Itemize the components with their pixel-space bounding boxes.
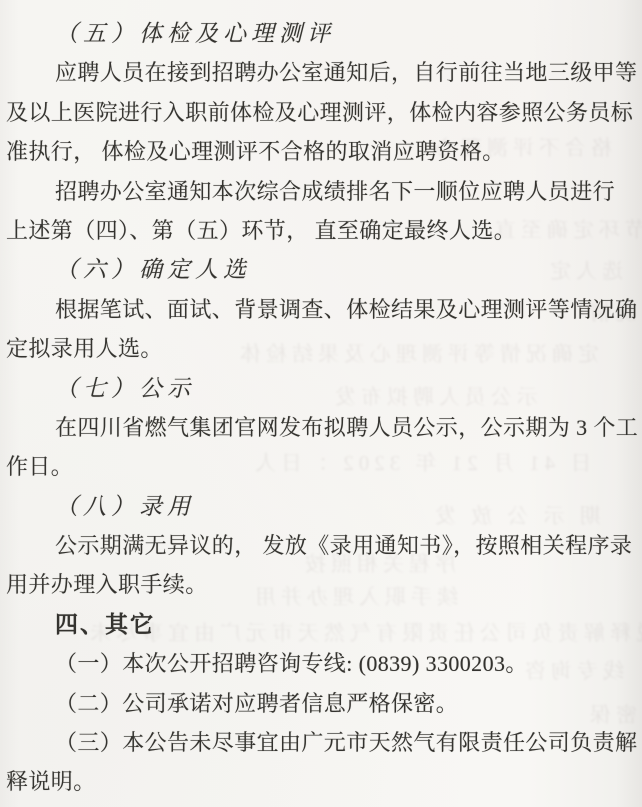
- section-heading-line: （八）录用: [6, 487, 638, 526]
- scanned-document-page: 格合不评测理心节环定确至直选人定况情定确况情等评测理心及果结检体示公员人聘拟布发…: [0, 0, 642, 807]
- major-heading-line: 四、其它: [6, 605, 638, 644]
- body-text-line: 释说明。: [6, 762, 638, 801]
- body-text-line: （一）本次公开招聘咨询专线: (0839) 3300203。: [6, 644, 638, 683]
- body-text-line: 应聘人员在接到招聘办公室通知后，自行前往当地三级甲等: [6, 53, 638, 92]
- section-heading-line: （六）确定人选: [6, 250, 638, 289]
- section-heading-line: （五）体检及心理测评: [6, 14, 638, 53]
- body-text-line: 公示期满无异议的， 发放《录用通知书》，按照相关程序录: [6, 526, 638, 565]
- body-text-line: 定拟录用人选。: [6, 329, 638, 368]
- document-text-block: （五）体检及心理测评应聘人员在接到招聘办公室通知后，自行前往当地三级甲等及以上医…: [6, 14, 638, 802]
- body-text-line: 及以上医院进行入职前体检及心理测评，体检内容参照公务员标: [6, 93, 638, 132]
- body-text-line: 准执行， 体检及心理测评不合格的取消应聘资格。: [6, 132, 638, 171]
- body-text-line: 用并办理入职手续。: [6, 565, 638, 604]
- body-text-line: （二）公司承诺对应聘者信息严格保密。: [6, 684, 638, 723]
- body-text-line: （三）本公告未尽事宜由广元市天然气有限责任公司负责解: [6, 723, 638, 762]
- body-text-line: 作日。: [6, 447, 638, 486]
- section-heading-line: （七）公示: [6, 369, 638, 408]
- body-text-line: 上述第（四）、第（五）环节， 直至确定最终人选。: [6, 211, 638, 250]
- body-text-line: 招聘办公室通知本次综合成绩排名下一顺位应聘人员进行: [6, 172, 638, 211]
- body-text-line: 在四川省燃气集团官网发布拟聘人员公示，公示期为 3 个工: [6, 408, 638, 447]
- body-text-line: 根据笔试、面试、背景调查、体检结果及心理测评等情况确: [6, 290, 638, 329]
